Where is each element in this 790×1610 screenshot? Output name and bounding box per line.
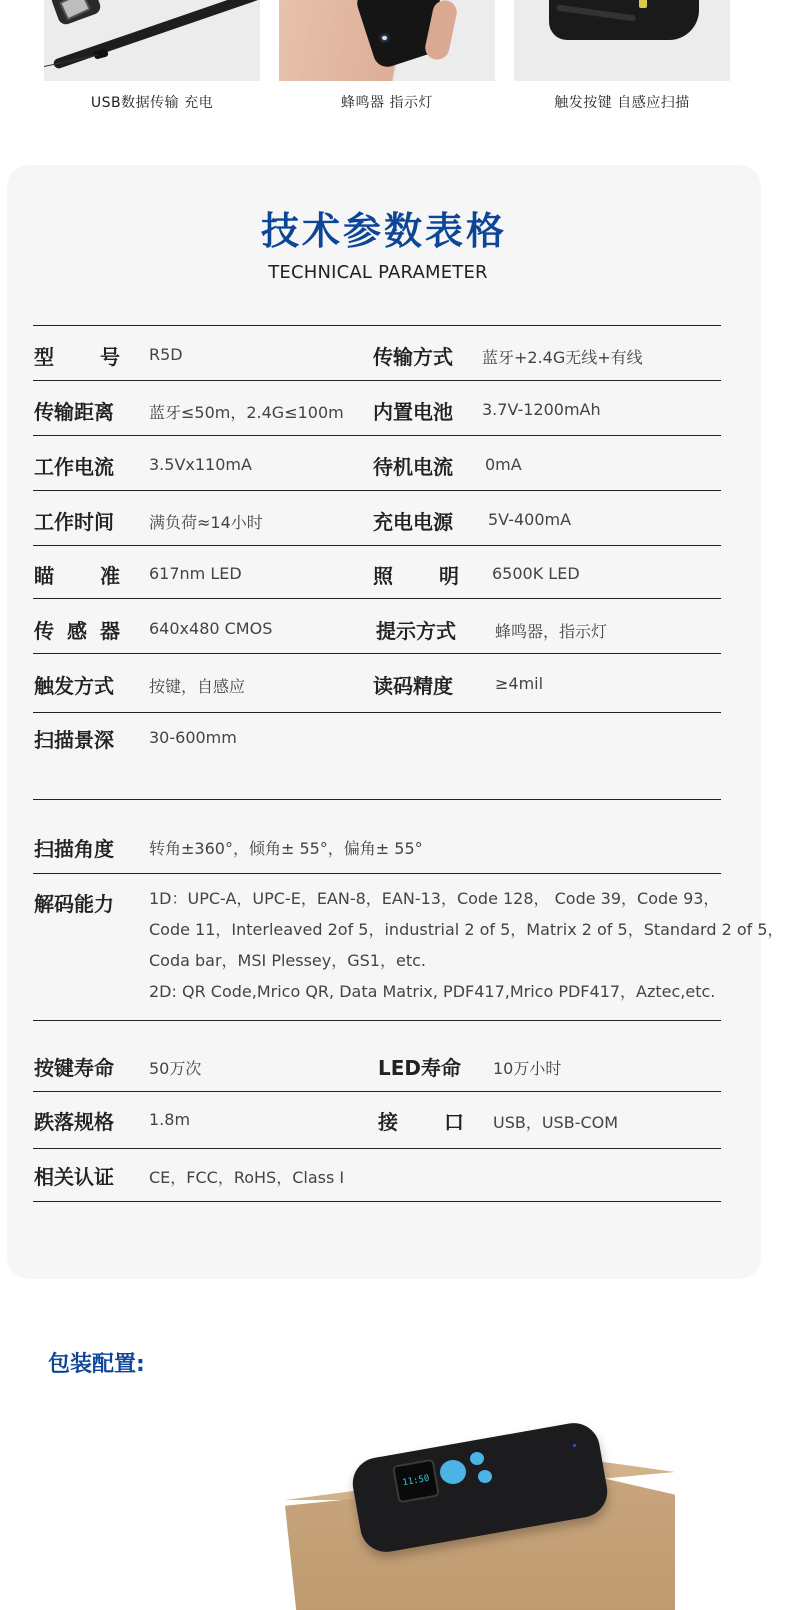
feature-buzzer: 蜂鸣器 指示灯: [279, 0, 495, 81]
spec-label-standby-current: 待机电流: [373, 451, 459, 480]
label-char: 感: [67, 615, 87, 644]
hand-holding-scanner-photo: [279, 0, 495, 81]
divider: [33, 653, 721, 654]
decode-line-1d-cont: Code 11，Interleaved 2of 5，industrial 2 o…: [149, 914, 749, 945]
label-char: 号: [100, 341, 120, 370]
spec-label-distance: 传输距离: [34, 396, 120, 425]
spec-value-model: R5D: [149, 345, 183, 364]
spec-value-key-life: 50万次: [149, 1056, 201, 1079]
spec-label-trigger-mode: 触发方式: [34, 670, 120, 699]
spec-value-charging-power: 5V-400mA: [488, 510, 571, 529]
spec-label-drop-spec: 跌落规格: [34, 1106, 120, 1135]
spec-label-aiming: 瞄准: [34, 560, 120, 589]
spec-value-depth-of-field: 30-600mm: [149, 728, 237, 747]
feature-trigger: 触发按键 自感应扫描: [514, 0, 730, 81]
status-led-icon: [573, 1444, 576, 1447]
spec-label-led-life: LED寿命: [378, 1052, 464, 1081]
divider: [33, 1201, 721, 1202]
label-char: 接: [378, 1106, 398, 1135]
feature-caption: 蜂鸣器 指示灯: [279, 92, 495, 112]
spec-label-model: 型号: [34, 341, 120, 370]
spec-label-resolution: 读码精度: [373, 670, 459, 699]
spec-label-scan-angle: 扫描角度: [34, 833, 120, 862]
device-screen: 11:50: [392, 1459, 440, 1504]
spec-title: 技术参数表格: [0, 200, 768, 255]
divider: [33, 490, 721, 491]
decode-line-1d: 1D：UPC-A，UPC-E，EAN-8，EAN-13，Code 128， Co…: [149, 883, 749, 914]
spec-value-interface: USB，USB-COM: [493, 1110, 618, 1133]
divider: [33, 1148, 721, 1149]
divider: [33, 435, 721, 436]
spec-label-sensor: 传感器: [34, 615, 120, 644]
divider: [33, 545, 721, 546]
spec-label-decode-capability: 解码能力: [34, 888, 120, 917]
function-key-icon: [470, 1452, 484, 1465]
spec-label-key-life: 按键寿命: [34, 1052, 120, 1081]
feature-caption: USB数据传输 充电: [44, 92, 260, 112]
usb-cable-lanyard-photo: [44, 0, 260, 81]
function-key-icon: [478, 1470, 492, 1483]
divider: [33, 598, 721, 599]
feature-caption: 触发按键 自感应扫描: [514, 92, 730, 112]
scanner-trigger-photo: [514, 0, 730, 81]
spec-value-led-life: 10万小时: [493, 1056, 561, 1079]
divider: [33, 1020, 721, 1021]
divider: [33, 1091, 721, 1092]
decode-line-2d: 2D: QR Code,Mrico QR, Data Matrix, PDF41…: [149, 976, 749, 1007]
spec-value-working-time: 满负荷≈14小时: [149, 510, 263, 533]
spec-value-certification: CE，FCC，RoHS，Class I: [149, 1165, 344, 1188]
divider: [33, 712, 721, 713]
spec-value-scan-angle: 转角±360°，倾角± 55°，偏角± 55°: [149, 836, 423, 859]
spec-value-illumination: 6500K LED: [492, 564, 580, 583]
spec-value-battery: 3.7V-1200mAh: [482, 400, 601, 419]
spec-value-aiming: 617nm LED: [149, 564, 242, 583]
feature-usb: USB数据传输 充电: [44, 0, 260, 81]
spec-value-trigger-mode: 按键，自感应: [149, 674, 245, 697]
divider: [33, 873, 721, 874]
divider: [33, 799, 721, 800]
spec-subtitle: TECHNICAL PARAMETER: [0, 262, 756, 283]
decode-line-1d-cont: Coda bar，MSI Plessey，GS1，etc.: [149, 945, 749, 976]
divider: [33, 325, 721, 326]
spec-label-prompt: 提示方式: [376, 615, 462, 644]
spec-label-transmission: 传输方式: [373, 341, 459, 370]
spec-value-drop-spec: 1.8m: [149, 1110, 190, 1129]
spec-value-decode-capability: 1D：UPC-A，UPC-E，EAN-8，EAN-13，Code 128， Co…: [149, 883, 749, 1007]
divider: [33, 380, 721, 381]
spec-label-working-time: 工作时间: [34, 506, 120, 535]
label-char: 传: [34, 615, 54, 644]
label-char: 明: [439, 560, 459, 589]
spec-value-standby-current: 0mA: [485, 455, 522, 474]
scan-key-icon: [440, 1460, 466, 1484]
label-char: 口: [444, 1106, 464, 1135]
label-char: 照: [373, 560, 393, 589]
spec-label-interface: 接口: [378, 1106, 464, 1135]
spec-value-prompt: 蜂鸣器，指示灯: [495, 619, 607, 642]
spec-label-battery: 内置电池: [373, 396, 459, 425]
spec-value-working-current: 3.5Vx110mA: [149, 455, 252, 474]
spec-label-working-current: 工作电流: [34, 451, 120, 480]
label-char: 准: [100, 560, 120, 589]
spec-label-illumination: 照明: [373, 560, 459, 589]
spec-value-distance: 蓝牙≤50m，2.4G≤100m: [149, 400, 344, 423]
spec-label-charging-power: 充电电源: [373, 506, 459, 535]
spec-label-certification: 相关认证: [34, 1161, 120, 1190]
package-title: 包装配置:: [48, 1347, 145, 1378]
label-char: 型: [34, 341, 54, 370]
spec-value-sensor: 640x480 CMOS: [149, 619, 272, 638]
label-char: 瞄: [34, 560, 54, 589]
spec-value-transmission: 蓝牙+2.4G无线+有线: [482, 345, 643, 368]
label-char: 器: [100, 615, 120, 644]
spec-value-resolution: ≥4mil: [495, 674, 543, 693]
spec-label-depth-of-field: 扫描景深: [34, 724, 120, 753]
